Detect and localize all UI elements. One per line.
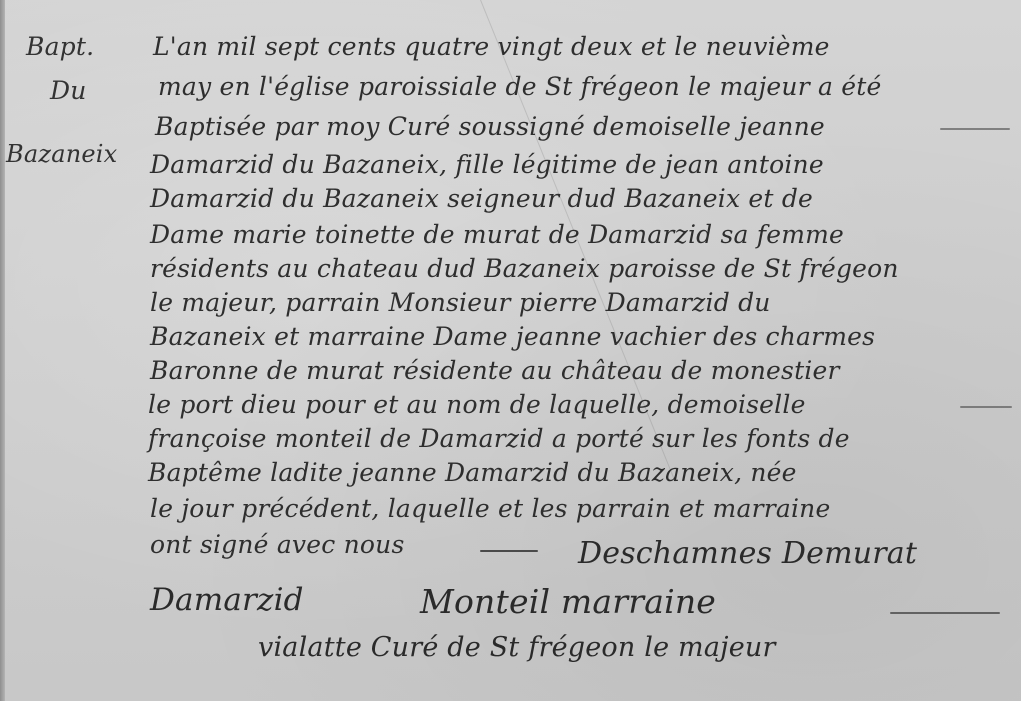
body-line-7: résidents au chateau dud Bazaneix parois… — [150, 254, 899, 283]
signature-damarzid: Damarzid — [150, 582, 304, 618]
body-line-10: Baronne de murat résidente au château de… — [150, 356, 840, 385]
body-line-15: ont signé avec nous — [150, 530, 404, 559]
line-filler-rule — [890, 612, 1000, 614]
body-line-1: L'an mil sept cents quatre vingt deux et… — [153, 32, 830, 61]
line-filler-rule — [480, 550, 538, 552]
body-line-5: Damarzid du Bazaneix seigneur dud Bazane… — [150, 184, 813, 213]
body-line-11: le port dieu pour et au nom de laquelle,… — [148, 390, 806, 419]
body-line-2: may en l'église paroissiale de St frégeo… — [158, 72, 882, 101]
body-line-14: le jour précédent, laquelle et les parra… — [150, 494, 830, 523]
body-line-12: françoise monteil de Damarzid a porté su… — [148, 424, 850, 453]
signature-vialatte-cure: vialatte Curé de St frégeon le majeur — [258, 632, 776, 663]
body-line-3: Baptisée par moy Curé soussigné demoisel… — [155, 112, 825, 141]
line-filler-rule — [960, 406, 1012, 408]
margin-note-bapt: Bapt. — [26, 32, 94, 61]
body-line-8: le majeur, parrain Monsieur pierre Damar… — [150, 288, 771, 317]
body-line-4: Damarzid du Bazaneix, fille légitime de … — [150, 150, 824, 179]
register-page: Bapt. Du Bazaneix L'an mil sept cents qu… — [0, 0, 1021, 701]
margin-note-bazaneix: Bazaneix — [6, 140, 117, 168]
page-binding-edge — [0, 0, 5, 701]
signature-deschamnes-demurat: Deschamnes Demurat — [578, 536, 917, 571]
line-filler-rule — [940, 128, 1010, 130]
signature-monteil-marraine: Monteil marraine — [420, 582, 716, 621]
margin-note-du: Du — [50, 76, 87, 105]
body-line-6: Dame marie toinette de murat de Damarzid… — [150, 220, 844, 249]
body-line-9: Bazaneix et marraine Dame jeanne vachier… — [150, 322, 875, 351]
body-line-13: Baptême ladite jeanne Damarzid du Bazane… — [148, 458, 797, 487]
